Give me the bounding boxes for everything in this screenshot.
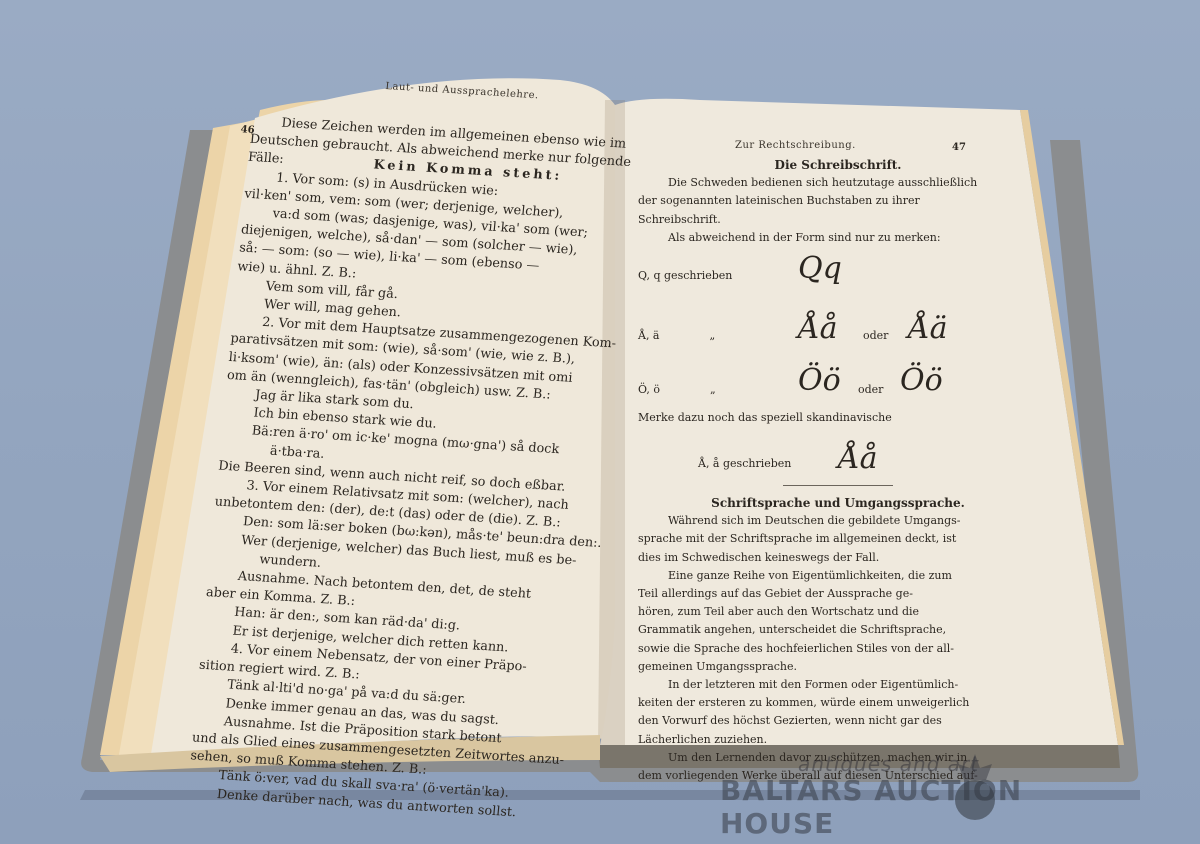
script-row-final: Å, å geschrieben Åå (638, 441, 1038, 481)
text-line: sowie die Sprache des hochfeierlichen St… (638, 640, 1038, 658)
text-line: Eine ganze Reihe von Eigentümlichkeiten,… (638, 567, 1038, 585)
text-line: Schreibschrift. (638, 211, 1038, 229)
right-page: Zur Rechtschreibung. 47 Die Schreibschri… (620, 130, 1060, 730)
text-line: In der letzteren mit den Formen oder Eig… (638, 676, 1038, 694)
script-row: Ö, ö„ (638, 383, 716, 396)
text-line: Merke dazu noch das speziell skandinavis… (638, 409, 892, 427)
script-alt-label: oder (858, 383, 883, 396)
divider (783, 485, 893, 486)
script-examples: Q, q geschrieben Qq Å, ä„ Åå oder Åä Ö, … (638, 251, 1038, 441)
photo-scene: Laut- und Aussprachelehre. 46 Diese Zeic… (0, 0, 1200, 844)
text-line: Als abweichend in der Form sind nur zu m… (638, 229, 1038, 247)
text-line: dem vorliegenden Werke überall auf diese… (638, 767, 1038, 785)
text-line: der sogenannten lateinischen Buchstaben … (638, 192, 1038, 210)
right-page-body: Die Schreibschrift. Die Schweden bediene… (638, 156, 1038, 785)
right-page-number: 47 (952, 142, 966, 153)
text-line: gemeinen Umgangssprache. (638, 658, 1038, 676)
script-alt-label: oder (863, 329, 888, 342)
script-glyph: Åä (908, 311, 948, 346)
text-line: Während sich im Deutschen die gebildete … (638, 512, 1038, 530)
section-heading: Die Schreibschrift. (638, 156, 1038, 174)
text-line: Die Schweden bedienen sich heutzutage au… (638, 174, 1038, 192)
section-heading: Schriftsprache und Umgangssprache. (638, 494, 1038, 512)
script-row: Å, ä„ (638, 329, 715, 342)
text-line: sprache mit der Schriftsprache im allgem… (638, 530, 1038, 548)
script-row: Q, q geschrieben (638, 269, 732, 282)
script-glyph: Öö (900, 363, 943, 398)
text-line: dies im Schwedischen keineswegs der Fall… (638, 549, 1038, 567)
left-page-body: Diese Zeichen werden im allgemeinen eben… (186, 113, 622, 825)
text-line: den Vorwurf des höchst Gezierten, wenn n… (638, 712, 1038, 730)
script-glyph: Åå (838, 441, 878, 476)
right-running-head: Zur Rechtschreibung. (735, 140, 856, 151)
text-line: Teil allerdings auf das Gebiet der Aussp… (638, 585, 1038, 603)
script-glyph: Öö (798, 363, 841, 398)
text-line: hören, zum Teil aber auch den Wortschatz… (638, 603, 1038, 621)
left-page: Laut- und Aussprachelehre. 46 Diese Zeic… (194, 85, 620, 745)
text-line: keiten der ersteren zu kommen, würde ein… (638, 694, 1038, 712)
script-glyph: Åå (798, 311, 838, 346)
script-glyph: Qq (798, 251, 842, 286)
text-line: Lächerlichen zuziehen. (638, 731, 1038, 749)
text-line: Um den Lernenden davor zu schützen, mach… (638, 749, 1038, 767)
text-line: Grammatik angehen, unterscheidet die Sch… (638, 621, 1038, 639)
